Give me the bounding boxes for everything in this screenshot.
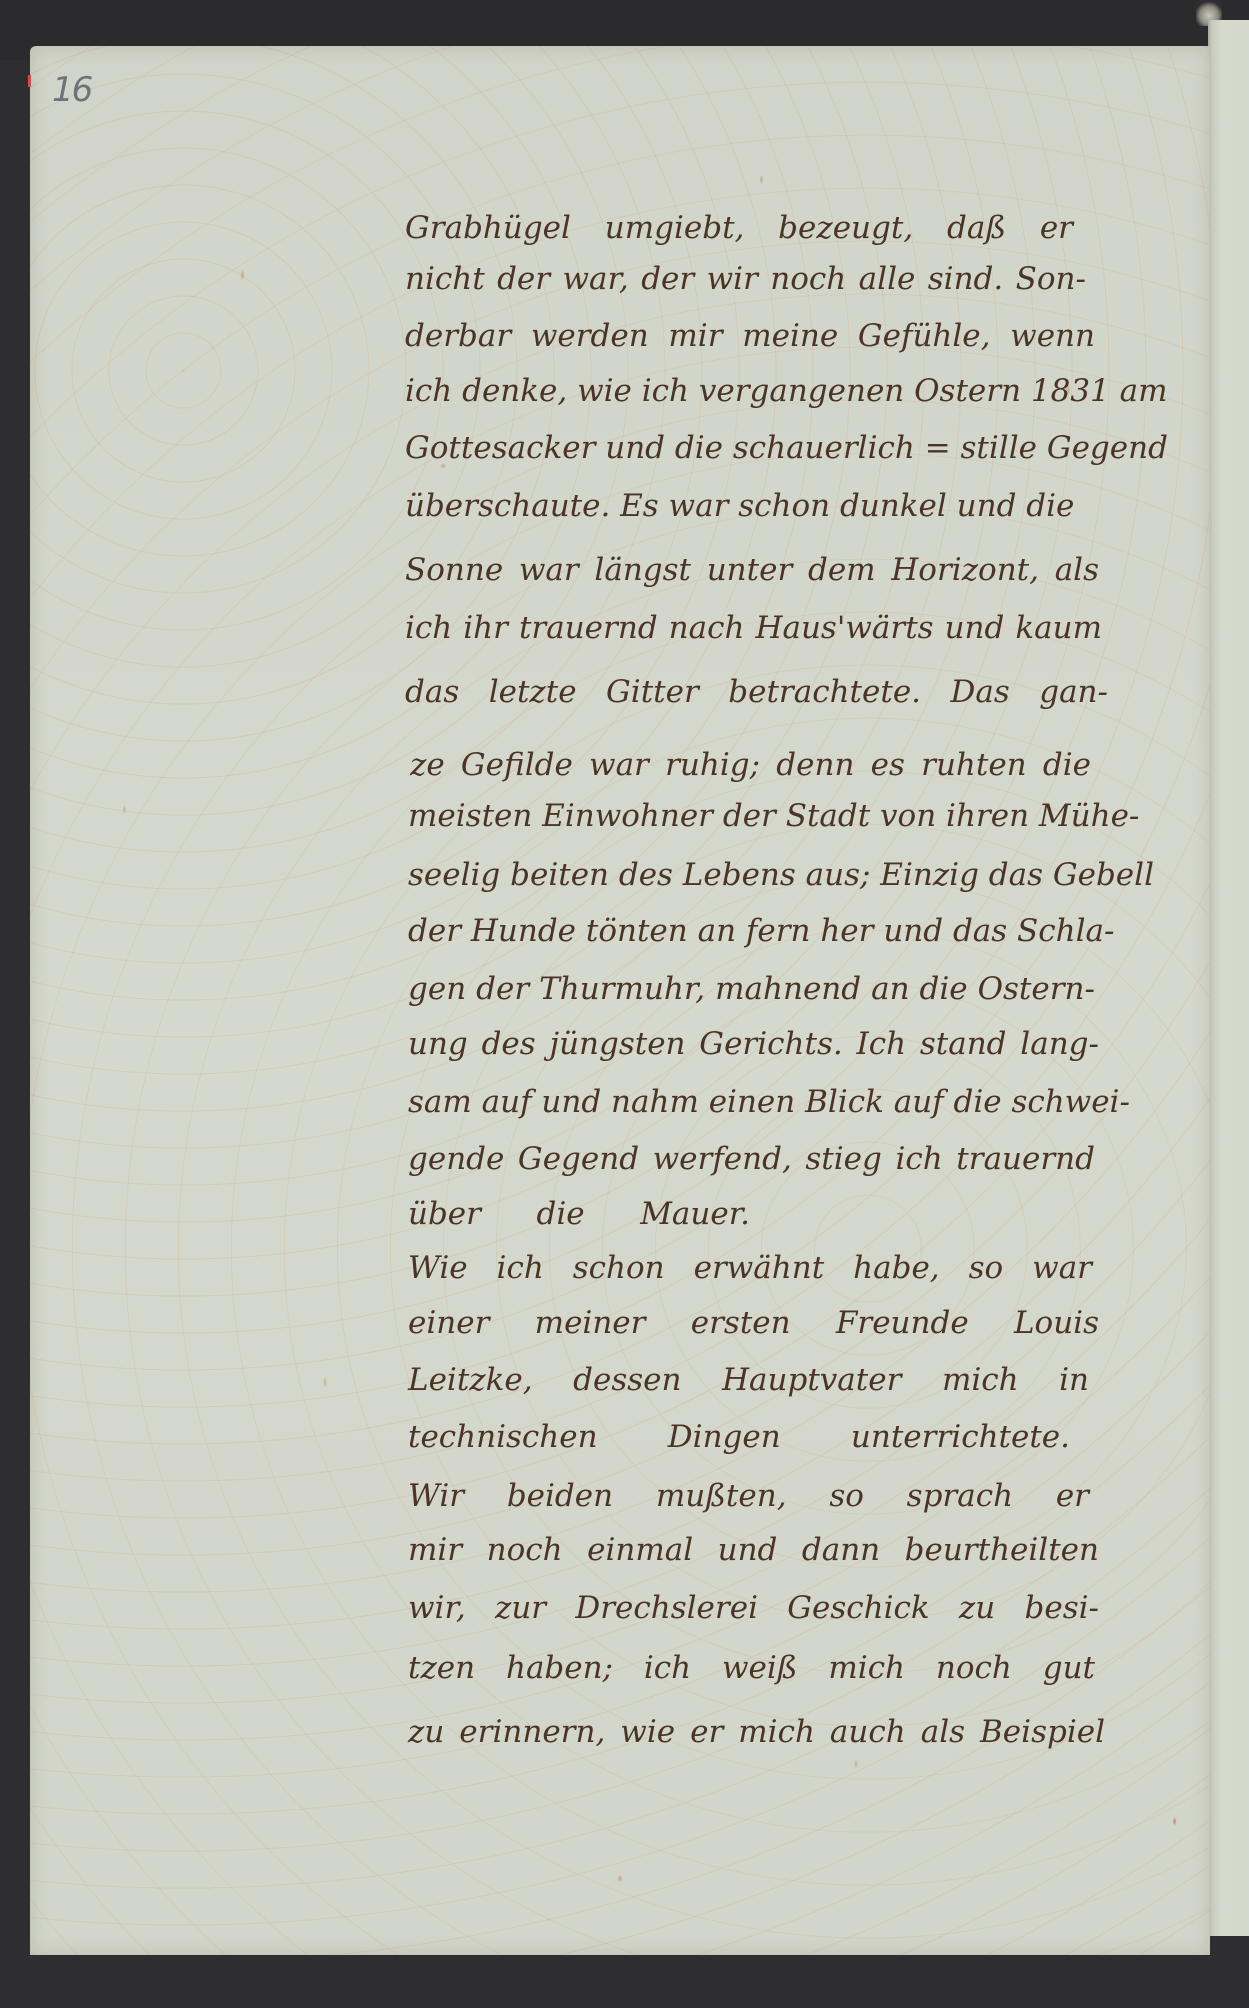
handwritten-line: über die Mauer. [408,1194,750,1234]
handwritten-line: Sonne war längst unter dem Horizont, als [405,550,1099,590]
handwritten-line: ich denke, wie ich vergangenen Ostern 18… [405,371,1086,411]
handwritten-line: ich ihr trauernd nach Haus'wärts und kau… [405,608,1102,648]
handwritten-line: technischen Dingen unterrichtete. [408,1417,1070,1457]
handwritten-line: Grabhügel umgiebt, bezeugt, daß er [405,208,1073,248]
handwritten-line: seelig beiten des Lebens aus; Einzig das… [408,855,1104,895]
handwritten-line: sam auf und nahm einen Blick auf die sch… [408,1082,1102,1122]
handwritten-line: der Hunde tönten an fern her und das Sch… [408,911,1095,951]
handwritten-line: ung des jüngsten Gerichts. Ich stand lan… [408,1024,1099,1064]
handwritten-line: ze Gefilde war ruhig; denn es ruhten die [410,745,1091,785]
handwritten-line: zu erinnern, wie er mich auch als Beispi… [408,1712,1105,1752]
handwritten-line: Wir beiden mußten, so sprach er [408,1476,1089,1516]
handwritten-line: Gottesacker und die schauerlich = stille… [405,428,1099,468]
handwritten-line: nicht der war, der wir noch alle sind. S… [405,259,1086,299]
handwritten-line: gen der Thurmuhr, mahnend an die Ostern- [408,969,1095,1009]
red-margin-mark [28,75,31,87]
handwritten-line: das letzte Gitter betrachtete. Das gan- [405,672,1108,712]
handwritten-line: meisten Einwohner der Stadt von ihren Mü… [408,796,1089,836]
handwritten-line: überschaute. Es war schon dunkel und die [405,486,1012,526]
handwritten-line: gende Gegend werfend, stieg ich trauernd [408,1139,1095,1179]
handwritten-line: mir noch einmal und dann beurtheilten [408,1530,1099,1570]
handwritten-line: wir, zur Drechslerei Geschick zu besi- [408,1588,1099,1628]
facing-page-edge [1208,20,1249,1936]
handwritten-line: Wie ich schon erwähnt habe, so war [408,1248,1092,1288]
handwritten-line: tzen haben; ich weiß mich noch gut [408,1648,1095,1688]
page-number: 16 [52,70,91,110]
handwritten-line: derbar werden mir meine Gefühle, wenn [405,316,1095,356]
handwritten-line: Leitzke, dessen Hauptvater mich in [408,1360,1089,1400]
handwritten-line: einer meiner ersten Freunde Louis [408,1303,1099,1343]
